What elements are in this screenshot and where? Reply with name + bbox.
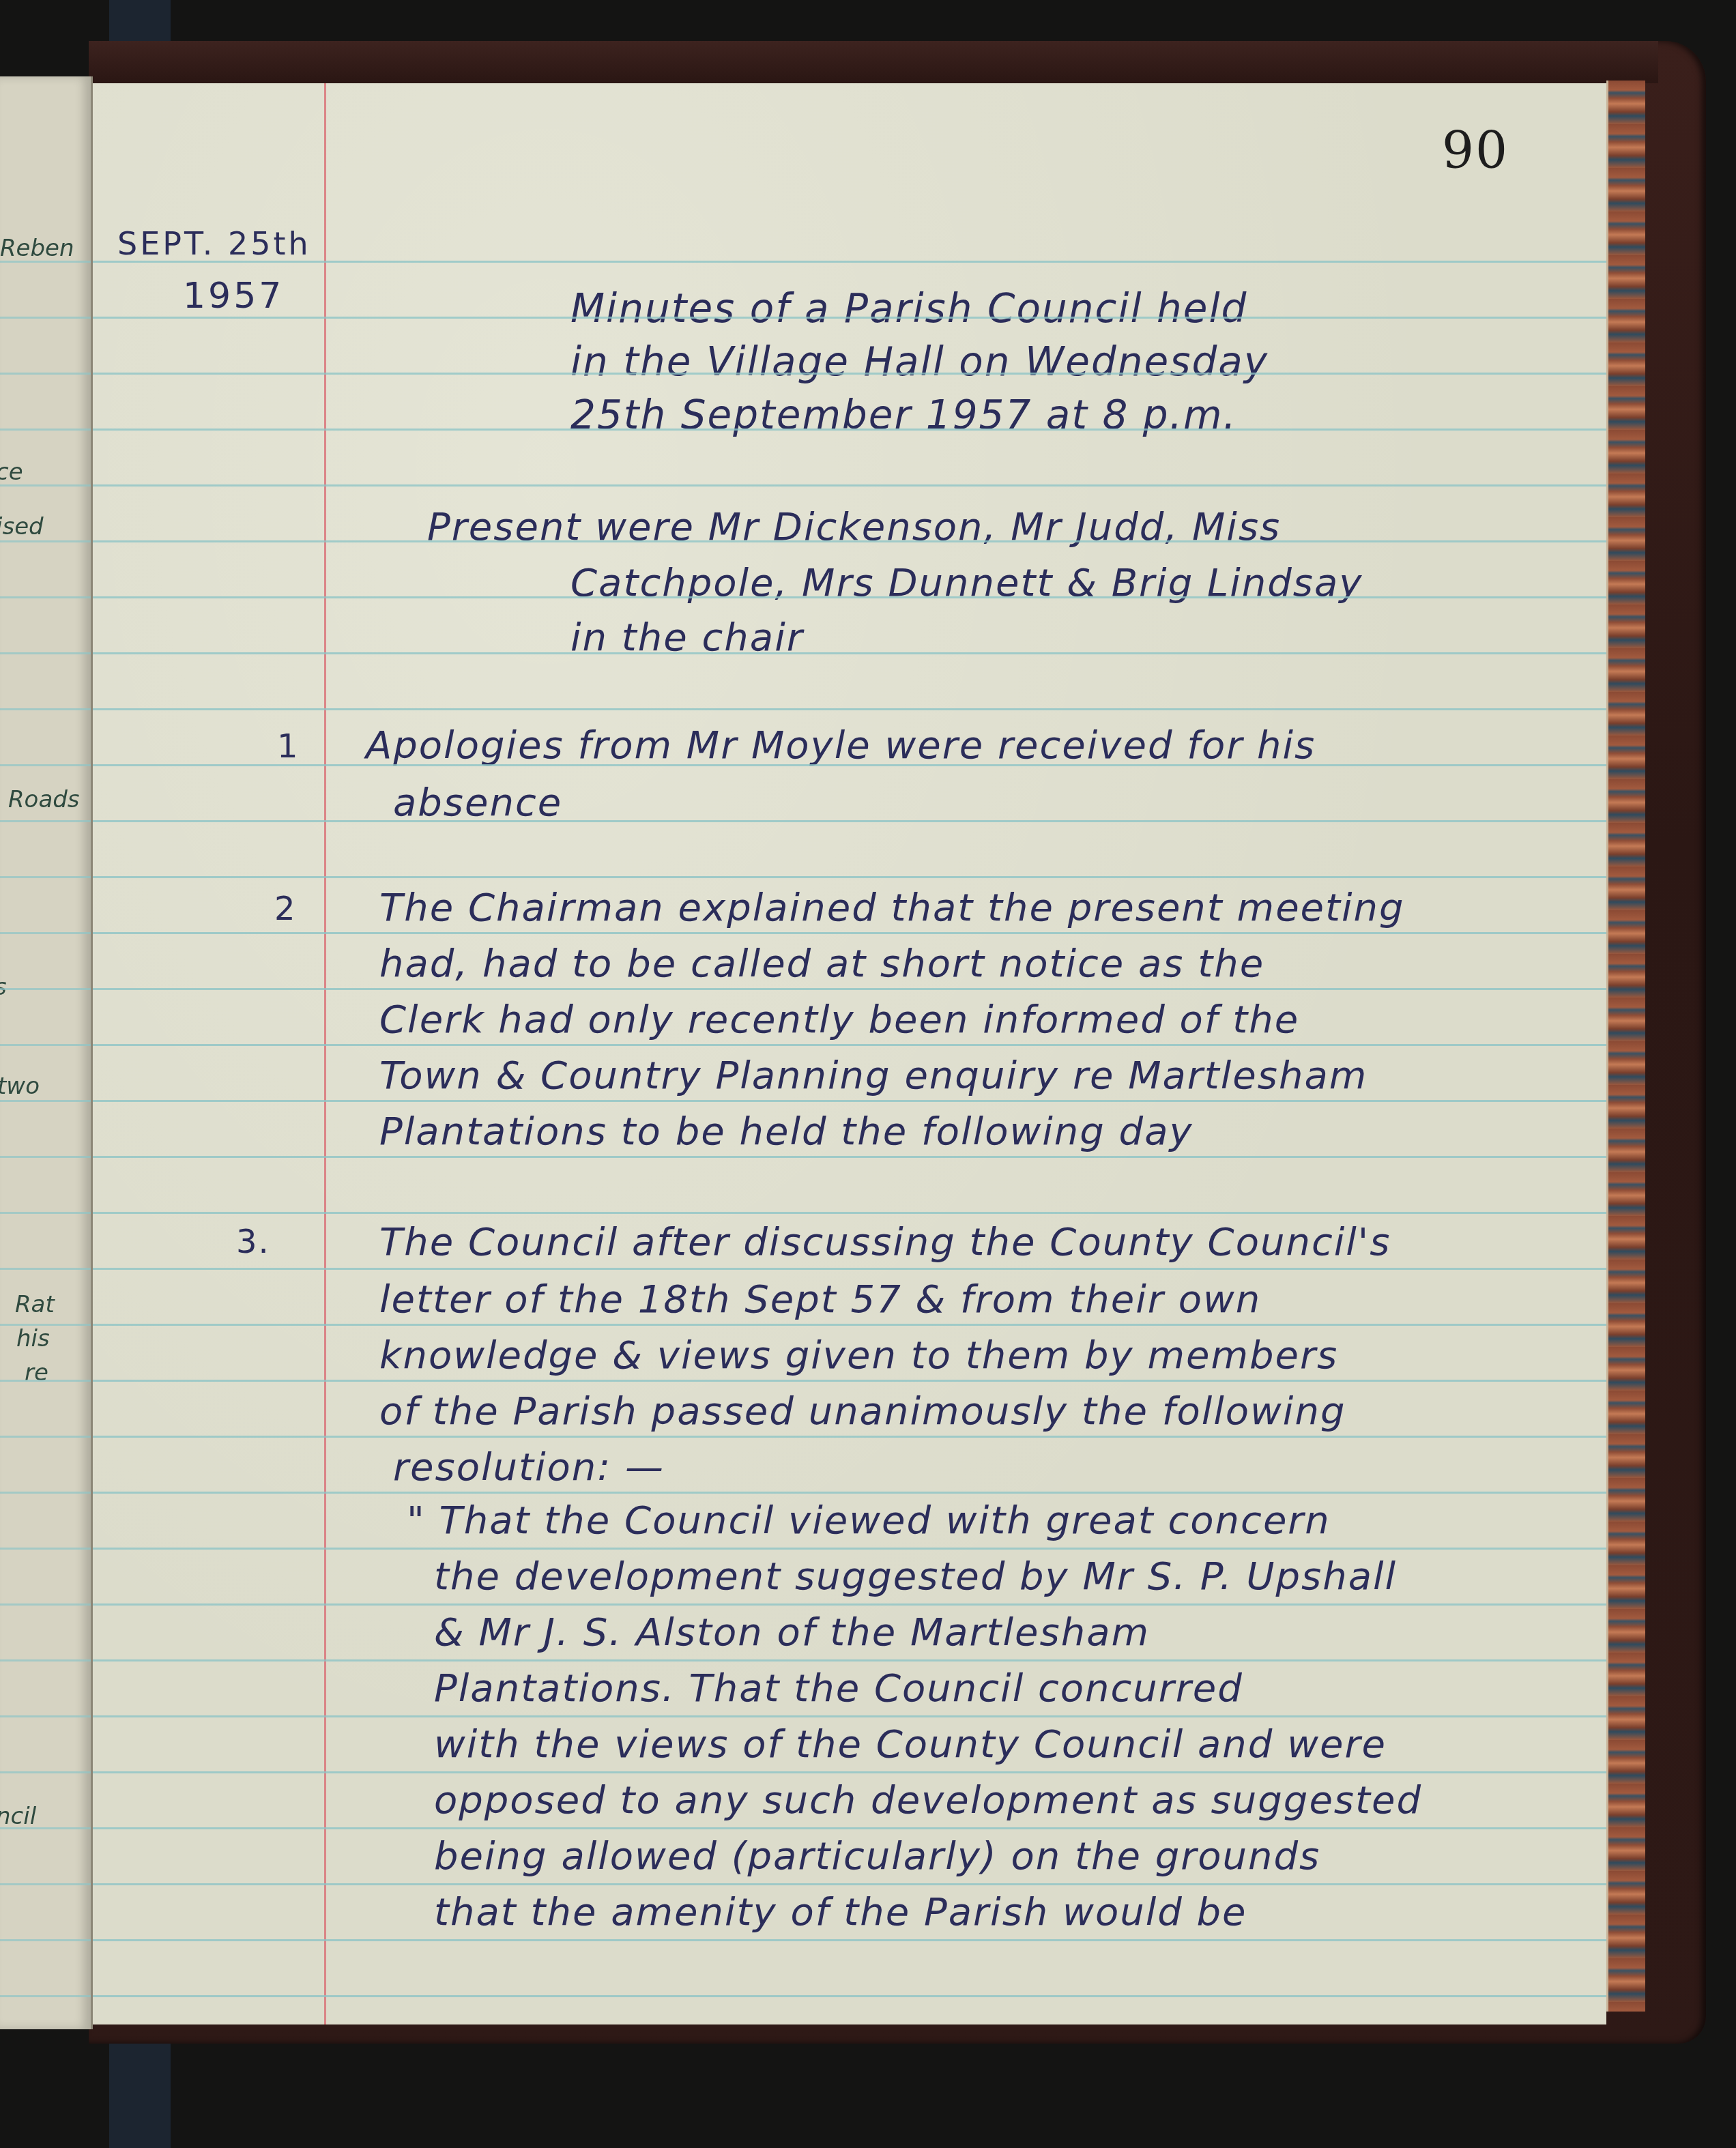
ruled-line	[93, 1827, 1606, 1829]
resolution-line: " That the Council viewed with great con…	[407, 1498, 1331, 1543]
ruled-line	[93, 261, 1606, 263]
marbled-page-edge	[1606, 81, 1645, 2012]
ruled-line	[93, 540, 1606, 542]
ruled-line	[93, 1156, 1606, 1158]
ruled-line	[0, 429, 91, 431]
ruled-line	[0, 1044, 91, 1046]
ruled-line	[93, 1212, 1606, 1214]
ruled-line	[93, 1100, 1606, 1102]
minutes-heading-line: Minutes of a Parish Council held	[570, 285, 1247, 332]
ruled-line	[93, 1548, 1606, 1550]
ruled-line	[93, 652, 1606, 654]
item-number: 2	[274, 890, 297, 928]
ruled-line	[93, 1268, 1606, 1270]
ruled-line	[0, 1603, 91, 1606]
ruled-line	[93, 1715, 1606, 1717]
resolution-line: the development suggested by Mr S. P. Up…	[434, 1554, 1397, 1599]
item-text-line: letter of the 18th Sept 57 & from their …	[379, 1277, 1261, 1322]
ruled-line	[0, 484, 91, 487]
ruled-line	[0, 1827, 91, 1829]
item-text-line: absence	[393, 781, 562, 825]
resolution-line: Plantations. That the Council concurred	[434, 1666, 1243, 1711]
ruled-line	[93, 876, 1606, 878]
previous-page-fragment: Rat	[15, 1291, 55, 1318]
attendance-line: Catchpole, Mrs Dunnett & Brig Lindsay	[570, 561, 1363, 605]
margin-date-year: 1957	[183, 276, 284, 317]
ruled-line	[0, 1380, 91, 1382]
ruled-line	[93, 1380, 1606, 1382]
ruled-line	[0, 1548, 91, 1550]
previous-page-fragment: Reben	[0, 235, 74, 262]
ruled-line	[0, 1324, 91, 1326]
ruled-line	[0, 373, 91, 375]
ruled-line	[0, 1100, 91, 1102]
item-text-line: knowledge & views given to them by membe…	[379, 1333, 1338, 1378]
ruled-line	[0, 1212, 91, 1214]
ruled-line	[93, 484, 1606, 487]
ruled-line	[93, 1659, 1606, 1661]
resolution-line: opposed to any such development as sugge…	[434, 1778, 1422, 1823]
ruled-line	[0, 1883, 91, 1885]
ruled-line	[93, 1044, 1606, 1046]
ruled-line	[93, 1603, 1606, 1606]
previous-page-fragment: ncil	[0, 1803, 36, 1830]
ruled-line	[0, 988, 91, 990]
previous-page-fragment: ised	[0, 513, 44, 540]
item-text-line: had, had to be called at short notice as…	[379, 942, 1264, 986]
ruled-line	[93, 1436, 1606, 1438]
ruled-line	[0, 1771, 91, 1773]
ruled-line	[93, 1883, 1606, 1885]
ruled-line	[0, 652, 91, 654]
item-text-line: resolution: —	[393, 1445, 665, 1490]
ruled-line	[0, 932, 91, 934]
item-text-line: of the Parish passed unanimously the fol…	[379, 1389, 1346, 1434]
resolution-line: & Mr J. S. Alston of the Martlesham	[434, 1610, 1150, 1655]
item-number: 1	[277, 727, 300, 766]
ruled-line	[93, 932, 1606, 934]
item-text-line: The Chairman explained that the present …	[379, 886, 1405, 930]
item-text-line: Apologies from Mr Moyle were received fo…	[366, 723, 1316, 768]
resolution-line: that the amenity of the Parish would be	[434, 1890, 1247, 1934]
previous-page-fragment: two	[0, 1073, 40, 1100]
book-cover-top-band	[89, 41, 1658, 83]
ruled-line	[93, 373, 1606, 375]
ruled-line	[0, 820, 91, 822]
ruled-line	[0, 1268, 91, 1270]
ruled-line	[0, 1659, 91, 1661]
item-number: 3.	[236, 1223, 270, 1261]
ruled-line	[0, 764, 91, 766]
ruled-line	[0, 1492, 91, 1494]
resolution-line: being allowed (particularly) on the grou…	[434, 1834, 1320, 1878]
ruled-line	[93, 1324, 1606, 1326]
ruled-line	[93, 596, 1606, 598]
ruled-line	[93, 429, 1606, 431]
ruled-line	[0, 540, 91, 542]
ruled-line	[0, 317, 91, 319]
ruled-line	[0, 1156, 91, 1158]
ruled-line	[93, 820, 1606, 822]
ruled-line	[0, 708, 91, 710]
item-text-line: The Council after discussing the County …	[379, 1220, 1391, 1264]
resolution-line: with the views of the County Council and…	[434, 1722, 1387, 1767]
previous-page-fragment: ce	[0, 459, 23, 486]
ruled-line	[93, 988, 1606, 990]
previous-page-fragment: Roads	[8, 786, 80, 813]
ruled-line	[0, 876, 91, 878]
margin-date-day: SEPT. 25th	[117, 225, 311, 262]
ruled-line	[93, 1492, 1606, 1494]
minutes-heading-line: in the Village Hall on Wednesday	[570, 338, 1269, 385]
previous-page-fragment: his	[16, 1325, 50, 1352]
ruled-line	[93, 1771, 1606, 1773]
item-text-line: Plantations to be held the following day	[379, 1109, 1193, 1154]
item-text-line: Clerk had only recently been informed of…	[379, 998, 1299, 1042]
ruled-line	[0, 1995, 91, 1997]
ruled-line	[93, 764, 1606, 766]
ruled-line	[0, 1436, 91, 1438]
previous-page: Reben ce ised Roads s two Rat his re nci…	[0, 76, 93, 2029]
ruled-line	[93, 317, 1606, 319]
item-text-line: Town & Country Planning enquiry re Martl…	[379, 1054, 1368, 1098]
ruled-line	[93, 1995, 1606, 1997]
minutes-heading-line: 25th September 1957 at 8 p.m.	[570, 392, 1237, 438]
minute-book-page: 90 SEPT. 25th 1957 Minutes of a Parish C…	[93, 83, 1606, 2024]
ruled-line	[0, 261, 91, 263]
ruled-line	[93, 1939, 1606, 1941]
previous-page-fragment: re	[25, 1359, 48, 1387]
attendance-line: Present were Mr Dickenson, Mr Judd, Miss	[427, 505, 1281, 549]
page-number: 90	[1442, 121, 1509, 180]
previous-page-fragment: s	[0, 974, 7, 1001]
ruled-line	[93, 708, 1606, 710]
ruled-line	[0, 1939, 91, 1941]
ruled-line	[0, 1715, 91, 1717]
ruled-line	[0, 596, 91, 598]
